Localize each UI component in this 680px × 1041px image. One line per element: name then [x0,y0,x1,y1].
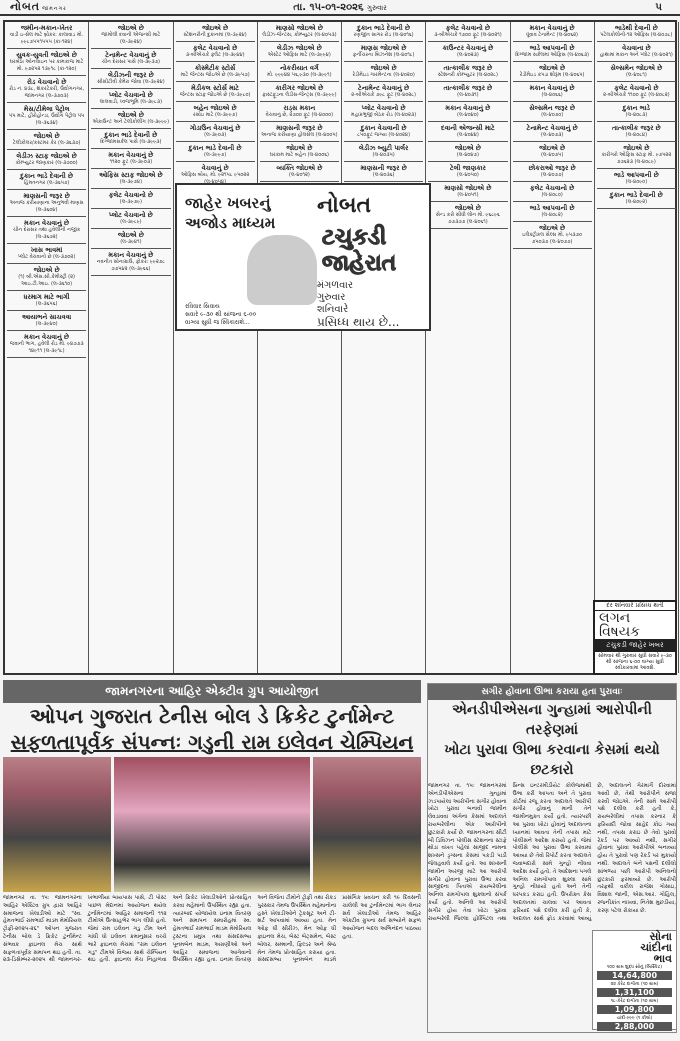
classified-ad: મેડીકલ સ્ટોર્સ માટેજેન્ટસ સ્ટાફ જોઇએ છે … [176,82,255,102]
classified-ad: ભાડેથી દેવાની છેપટેલકોલોની-૧૨ ઓફિસ (લ-૪૦… [597,22,676,42]
classified-column: માણસો જોઇએ છેલેડીઝ-જેન્ટસ, કોમ્પ્યુટર (લ… [258,22,342,673]
ad-heading: ફલેટ વેચવાનો છે [429,24,506,32]
ad-text: (લ-૪૦૪૭) [429,152,506,159]
ad-text: હાથામાં મકાન અને પ્લોટ (લ-૪૦૨૧) [598,52,675,59]
ad-text: (લ-૪૦૩૬) [345,172,422,179]
story-headline: એનડીપીએસના ગુન્હામાં આરોપીની તરફેણમાં [428,700,676,740]
ad-heading: દવાની એજન્સી માટે [429,124,506,132]
ad-text: રોડ નં. ૪૩૮, શંકરટેકરી, ઉદ્યોગનગર, જામનગ… [8,86,85,100]
ad-text: ૮૫૦ફૂટ જગ્યા (લ-૪૦૨૪) [345,132,422,139]
gold-silver-rates: સોનાચાંદીનાભાવ ૧૦૦ ગ્રામ શુદ્ધ સોનું (બિ… [592,930,677,1030]
classified-column: ફલેટ વેચવાનો છે૩-બીએચકે ૧૭૦૦ ફૂટ (લ-૪૦૨૧… [426,22,510,673]
ad-text: (લ-૪૦૫૦) [429,172,506,179]
ad-text: ટેલીકોલર/કસ્ટમર કેર (લ-૩૬૩૭) [8,140,85,147]
ad-text: ૨-બીએચકે ૭૯૮ ફૂટ (લ-૪૦૨૮) [345,92,422,99]
ad-heading: ટેનામેન્ટ વેચવાનું છે [345,84,422,92]
masthead: નોબતજામનગર તા. ૧૫-૦૧-૨૦૨૬ ગુરુવાર ૫ [0,0,680,16]
ad-heading: લેડીઝ બ્યુટી પાર્લર [345,144,422,152]
ad-text: (લ-૪૦૭૦) [514,112,591,119]
ad-text: (લ-૪૦૭૫) [514,152,591,159]
ad-heading: જોઇએ છે [429,204,506,212]
ad-text: (લ-૩૯૭૪) [92,179,169,186]
ad-text: (લ-૩૬૫૬) [8,301,85,308]
ad-text: (લ-૪૦૮૩) [598,112,675,119]
ad-heading: લેડીઝ જોઇએ છે [261,44,338,52]
classified-ad: માણસો જોઇએ છે(લ-૪૦૫૧) [428,182,507,202]
ad-text: ધૂંવાવ ટેનામેન્ટ (લ-૪૦૬૨) [514,32,591,39]
ad-text: સ્ટેશનરી કોમ્પ્યુટર (લ-૪૦૨૮) [429,72,506,79]
page-number: ૫ [655,2,662,13]
classified-ad: તાત્કાલીક જરૂર છે(લ-૪૦૩૧) [428,82,507,102]
classified-ad: દુકાન ભાડે દેવાની છેરણજીત સાગર રોડ (લ-૪૦… [344,22,423,42]
ad-heading: ફલેટ વેચવાનો છે [598,84,675,92]
classified-column: જોઇએ છેજામોલી દવાની એજન્સી માટે (લ-૩૯૨૪)… [89,22,173,673]
ad-heading: મકાન વેચવાનું છે [514,24,591,32]
ad-text: જેન્ટસ સ્ટાફ જોઇએ છે (લ-૩૯૮૦) [177,92,254,99]
ad-text: (લ-૪૦૨૩) [429,52,506,59]
ad-text: માટે જેન્ટસ જોઇએ છે (લ-૩૯૫૭) [177,72,254,79]
ad-text: (લ-૩૯૪૧) [92,239,169,246]
classified-ad: જોઇએ છે(લ-૩૯૪૧) [91,229,170,249]
ad-heading: મકાન વેચવાનું છે [92,251,169,259]
story-kicker: સગીર હોવાના ઊભા કરાયા હતા પુરાવાઃ [428,684,676,700]
rate-row: ચાંદી-૯૯૯ (૧ કીલો)2,88,000 [593,1015,676,1031]
ad-text: કોમ્પ્યુટર જાણકાર (લ-૩૭૦૦) [8,160,85,167]
classified-ad: માણસો જોઇએ છેલેડીઝ-જેન્ટસ, કોમ્પ્યુટર (લ… [260,22,339,42]
ad-text: (લ-૪૦૫૧) [429,192,506,199]
ad-heading: જોઇએ છે [514,64,591,72]
issue-date: તા. ૧૫-૦૧-૨૦૨૬ ગુરુવાર [293,2,387,13]
classified-column: ભાડેથી દેવાની છેપટેલકોલોની-૧૨ ઓફિસ (લ-૪૦… [595,22,679,673]
classified-ad: જોઇએ છેએકાઉન્ટ અને ટેલીકોલીંગ (લ-૩૯૯૯) [91,109,170,129]
ad-heading: રોડ વેચવાનો છે [8,78,85,86]
ad-text: વાડી ઇ-સેલ માટે બ્રોકર: કાલાવાડ મો. ૯૯૮૭… [8,32,85,46]
matrimonial-ad-box: દર શનિવારે પ્રસિધ્ધ થતી લગનવિષયક ટચુકડી … [593,600,677,675]
ad-heading: ફલેટ વેચવાનો છે [177,44,254,52]
classified-ad: ટેલી જાણકાર(લ-૪૦૫૦) [428,162,507,182]
ad-heading: જોઇએ છે [177,24,254,32]
classified-ad: રાડ્સ મકાનવેચવાનું છે, ૨૭૦૦ ફૂટ (લ-૪૦૦૦) [260,102,339,122]
ad-text: (લ-૪૦૯૦) [598,179,675,186]
classified-ad: ફલેટ વેચવાનો છે(લ-૪૦૮૦) [513,182,592,202]
ad-heading: જોઇએ છે [514,224,591,232]
classified-column: જોઇએ છેસ્ટેશનરીની દુકાનમાં (લ-૩૯૨૪)ફલેટ … [174,22,258,673]
classified-ad: દુકાન ભાડે દેવાની છેદિગ્જામસર્કલ પાસે (લ… [91,129,170,149]
ad-heading: માણસો જોઇએ છે [429,184,506,192]
ad-text: ૧૧૨૦ ફૂટ (લ-૩૯૦૩) [92,159,169,166]
classified-ad: દુકાન ભાડે(લ-૪૦૮૩) [597,102,676,122]
ad-text: ફર્નીચરના બિઝનેશ (લ-૪૦૧૮) [345,52,422,59]
story-subheadline: સફળતાપૂર્વક સંપન્નઃ ગડુની રામ ઇલેવન ચેમ્… [3,729,421,755]
ad-text: (લ-૩૯૭૯) [92,199,169,206]
ad-text: અનાજ કરીયાણાના અનુભવી માણસ (લ-૩૬૦૪) [8,200,85,214]
ad-text: ૩-બીએચકે ફલેટ (લ-૩૯૪૪) [177,52,254,59]
ad-heading: દુકાન ભાડે દેવાની છે [92,131,169,139]
ad-text: (લ-૪૦૯૨) [598,199,675,206]
classified-ad: દુકાન ભાડે દેવાની છેહિંમતનગર (લ-૩૬૫૭) [7,170,86,190]
ad-text: એસ્ટેટ ઓફિસ માટે (લ-૩૯૯૪) [261,52,338,59]
classified-ad: તાત્કાલીક જરૂર છે(લ-૪૦૮૪) [597,122,676,142]
ad-text: એકાઉન્ટ અને ટેલીકોલીંગ (લ-૩૯૯૯) [92,119,169,126]
classified-ad: મેસ/ટીમેલા પેટ્રોલપંપ માટે, હીરોહોન્ડા, … [7,103,86,130]
classified-ad: નોકરીયાત વર્ગમો. ૯૯૯૪૪ ૫૬,૯૩૦ (લ-૩૯૯૧) [260,62,339,82]
classified-ad: લેડીઝ બ્યુટી પાર્લર(લ-૪૦૩૫) [344,142,423,162]
thumbs-up-image [247,235,317,305]
team-photo [313,757,421,892]
ad-heading: ઓફિસ સ્ટાફ જોઇએ છે [92,171,169,179]
classified-ad: ફલેટ વેચવાનો છે(લ-૩૯૭૯) [91,189,170,209]
ad-heading: કારીગર જોઇએ છે [261,84,338,92]
classified-ad: મકાન વેચવાનું છે૧૧૨૦ ફૂટ (લ-૩૯૦૩) [91,149,170,169]
ad-heading: દુકાન ભાડે દેવાની છે [8,172,85,180]
ad-heading: ટેનામેન્ટ વેચવાનું છે [514,124,591,132]
ad-heading: દુકાન વેચવાની છે [345,124,422,132]
rate-row: ૨૨ કેરેટ દાગીના (૧૦ ગ્રામ)1,31,100 [593,981,676,997]
ad-heading: જમીન-મકાન-ખેતર [8,24,85,32]
ad-heading: મેડીકલ સ્ટોર્સ માટે [177,84,254,92]
ad-text: (લ-૩૯૯૭) [177,152,254,159]
ad-text: રેડીમેઇડ ગારમેન્ટના (લ-૪૦૨૦) [345,72,422,79]
ad-text: જવાની ભાગ, હવેલી રોડ મો. ૯૪૭૭૩ ૧૪૯૧૧ (લ-… [8,341,85,355]
newspaper-logo: નોબતજામનગર [10,0,67,14]
ad-heading: ગોડાઉન વેચવાનું છે [177,124,254,132]
ad-text: (લ-૪૦૧૨) [261,172,338,179]
ad-text: (લ-૩૯૮૯) [92,219,169,226]
classified-ad: કારીગર જોઇએ છેફાસ્ટફૂડના લેડીસ-જેન્ટ્સ (… [260,82,339,102]
ad-heading: ભાડે આપવાની છે [514,44,591,52]
classified-ad: વેચવાના છેહાથામાં મકાન અને પ્લોટ (લ-૪૦૨૧… [597,42,676,62]
ad-heading: રાડ્સ મકાન [261,104,338,112]
ad-heading: દુકાન ભાડે દેવાની છે [598,191,675,199]
ad-heading: આયાભને સાચવવા [8,313,85,321]
classified-ad: દુકાન ભાડે દેવાની છે(લ-૪૦૯૨) [597,189,676,209]
ad-heading: તાત્કાલીક જરૂર છે [429,84,506,92]
classified-ad: જોઇએ છેઇલેક્ટ્રીકલ સેલ્સ મો. ૯૫૩૭૦ ૭૫૦૩૭… [513,222,592,249]
ad-heading: માણસની જરૂર છે [345,164,422,172]
ad-heading: વ્યક્તિ જોઇએ છે [261,164,338,172]
ad-text: (લ-૪૦૮૦) [514,192,591,199]
ad-heading: જોઇએ છે [345,64,422,72]
ad-text: સીસીટીવી કેમેરા જોવા (લ-૩૯૨૪) [92,79,169,86]
classified-ad: ફલેટ વેચવાનો છે૩-બીએચકે ફલેટ (લ-૩૯૪૪) [176,42,255,62]
classified-ad: માણસ જોઇએ છેફર્નીચરના બિઝનેશ (લ-૪૦૧૮) [344,42,423,62]
ad-text: મો. ૯૯૯૪૪ ૫૬,૯૩૦ (લ-૩૯૯૧) [261,72,338,79]
ad-text: લેડીઝ-જેન્ટસ, કોમ્પ્યુટર (લ-૪૦૫૩) [261,32,338,39]
ad-heading: માણસો જોઇએ છે [261,24,338,32]
classified-ad: દુકાન ભાડે દેવાની છે(લ-૩૯૯૭) [176,142,255,162]
ad-heading: તાત્કાલીક જરૂર છે [429,64,506,72]
ad-heading: જોઇએ છે [8,132,85,140]
ad-heading: મકાન વેચવાનું છે [429,104,506,112]
classified-ad: ખાસ ભાવમાંપ્લોટ વેચવાનો છે (લ-૩૭૦૨) [7,244,86,264]
classified-ad: પ્લોટ વેચવાનો છે(લ-૩૯૮૯) [91,209,170,229]
tachukdi-promo-box: જાહેર ખબરનુંઅજોડ માધ્યમ નોબત ટચુકડીજાહેર… [175,183,431,331]
promo-brand: નોબત [317,193,371,218]
promo-tag: ટચુકડીજાહેરાત [322,225,396,277]
ad-heading: વેચવાના છે [598,44,675,52]
classified-ad: લેડીઝની જરૂર છેસીસીટીવી કેમેરા જોવા (લ-૩… [91,69,170,89]
classified-ad: મકાન વેચવાનું છે(લ-૪૦૪૦) [428,102,507,122]
ad-text: (૧) બી.એસ.સી.કેમીસ્ટ્રી (૨) આઇ.ટી.આઇ. (લ… [8,274,85,288]
ad-text: ચીન દેરાસર તથા હવેલીની નજીક (લ-૩૬૭૨) [8,227,85,241]
ad-heading: જોઇએ છે [514,144,591,152]
rate-row: ૧૮-કેરેટ દાગીના (૧૦ ગ્રામ)1,09,800 [593,998,676,1014]
ad-heading: જોઇએ છે [429,144,506,152]
story-subheadline: ખોટા પુરાવા ઊભા કરવાના કેસમાં થયો છટકારો [428,740,676,780]
classified-ad: સેલ્સમેન જોઇએ છે(લ-૪૦૮૧) [597,62,676,82]
ad-heading: ભાડેથી દેવાની છે [598,24,675,32]
ad-text: (લ-૪૦૪૪) [429,132,506,139]
classified-ad: છોકરાઓ જરૂર છે(લ-૪૦૭૭) [513,162,592,182]
classified-ad: જોઇએ છેકારીગરો ઓફિસ સ્ટાફ મો. ૯૭૫૨૨ ૭૭૬૨… [597,142,676,169]
ad-text: (લ-૩૯૪૦) [8,321,85,328]
ad-text: સેન્ડ કરો સીધી લોન મો. ૯૬૮૯૬ ૭૭૩૭૭ (લ-૪૦… [429,212,506,226]
classified-ad: જોઇએ છેરેડીમેઇડ કપડા શોરૂમ (લ-૪૦૬૫) [513,62,592,82]
classified-ad: જમીન-મકાન-ખેતરવાડી ઇ-સેલ માટે બ્રોકર: કા… [7,22,86,49]
ad-text: ફાસ્ટફૂડના લેડીસ-જેન્ટ્સ (લ-૩૯૯૯) [261,92,338,99]
classified-ad: મકાન વેચવાનું છેજવાની ભાગ, હવેલી રોડ મો.… [7,331,86,358]
classified-ad: જોઇએ છે(૧) બી.એસ.સી.કેમીસ્ટ્રી (૨) આઇ.ટી… [7,264,86,291]
ad-heading: માણસ જોઇએ છે [345,44,422,52]
ad-heading: ફલેટ વેચવાનો છે [92,191,169,199]
ad-heading: દુકાન ભાડે દેવાની છે [177,144,254,152]
ad-text: લાલવાડી, ધ્વજભૂમિ (લ-૩૯૮૩) [92,99,169,106]
classified-ad: યુવક-યુવતી જોઇએ છેઘરબેઠા ઓનલાઇન પર કામકા… [7,49,86,76]
ad-text: પ્લોટ વેચવાનો છે (લ-૩૭૦૨) [8,254,85,261]
classified-ad: દવાની એજન્સી માટે(લ-૪૦૪૪) [428,122,507,142]
classified-ad: ભાડે આપવાની છે(લ-૪૦૯૦) [597,169,676,189]
classified-ad: જોઇએ છેરેડીમેઇડ ગારમેન્ટના (લ-૪૦૨૦) [344,62,423,82]
photo-strip [3,757,421,892]
ad-text: ચીન દેરાસર પાસે (લ-૩૯૩૭) [92,59,169,66]
classified-ad: જોઇએ છેસેન્ડ કરો સીધી લોન મો. ૯૬૮૯૬ ૭૭૩૭… [428,202,507,229]
ad-text: પંપ માટે, હીરોહોન્ડા, ઉદ્યોગ પેટ્રોલ પંપ… [8,113,85,127]
lagna-banner: ટચુકડી જાહેર ખબર [595,639,675,652]
ad-heading: મકાન વેચવાનું છે [92,151,169,159]
classified-ad: બહેન જોઇએ છેરસોઇ માટે (લ-૩૯૯૭) [176,102,255,122]
classified-ad: લેડીઝ જોઇએ છેએસ્ટેટ ઓફિસ માટે (લ-૩૯૯૪) [260,42,339,62]
promo-days: મંગળવારગુરુવારશનિવારેપ્રસિધ્ધ થાય છે... [317,280,400,328]
ad-heading: મકાન વેચવાનું છે [8,219,85,227]
ad-heading: ફલેટ વેચવાનો છે [514,184,591,192]
ad-heading: મેસ/ટીમેલા પેટ્રોલ [8,105,85,113]
classified-ad: પ્લોટ વેચવાનો છેમહાપ્રભુજી બેઠક રોડ (લ-૪… [344,102,423,122]
classified-ad: જોઇએ છેઘરકામ માટે બહેન (લ-૪૦૦૬) [260,142,339,162]
classified-ad: જોઇએ છે(લ-૪૦૪૭) [428,142,507,162]
ad-text: વેચવાનું છે, ૨૭૦૦ ફૂટ (લ-૪૦૦૦) [261,112,338,119]
ad-heading: સેલ્સમેન જરૂર છે [514,104,591,112]
ad-heading: ભાડે આપવાની છે [598,171,675,179]
ad-text: (લ-૪૦૩૧) [429,92,506,99]
classified-ad: મકાન વેચવાનું છેધૂંવાવ ટેનામેન્ટ (લ-૪૦૬૨… [513,22,592,42]
ad-text: (લ-૪૦૭૩) [514,132,591,139]
classified-ad: મકાન વેચવાનું છે(લ-૪૦૬૬) [513,82,592,102]
ad-heading: દુકાન ભાડે [598,104,675,112]
ad-text: નવનીત સોનાગ્રાઉ, ફોકર: ૯૯૨૭૮ ૭૭૫૪૨ (લ-૩૯… [92,259,169,273]
classified-column: મકાન વેચવાનું છેધૂંવાવ ટેનામેન્ટ (લ-૪૦૬૨… [511,22,595,673]
classified-ad: ભાડે આપવાની છેદિગ્જામ સર્કલમાં ઓફિસ (લ-૪… [513,42,592,62]
ad-heading: લેડીઝ સ્ટાફ જોઇએ છે [8,152,85,160]
classified-ad: માણસની જરૂર છેઅનાજ કરીયાણાના અનુભવી માણસ… [7,190,86,217]
ad-text: અનાજ કરીયાણા હોલસેલ (લ-૪૦૦૫) [261,132,338,139]
classified-column: દુકાન ભાડે દેવાની છેરણજીત સાગર રોડ (લ-૪૦… [342,22,426,673]
promo-hours: રવિવાર સિવાયસવારે ૯-૩૦ થી સાંજના ૬-૦૦વાગ… [185,303,256,327]
classifieds-section: જમીન-મકાન-ખેતરવાડી ઇ-સેલ માટે બ્રોકર: કા… [3,20,677,675]
classified-ad: લેડીઝ સ્ટાફ જોઇએ છેકોમ્પ્યુટર જાણકાર (લ-… [7,150,86,170]
ad-text: દિગ્જામ સર્કલમાં ઓફિસ (લ-૪૦૬૩) [514,52,591,59]
ad-heading: લેડીઝની જરૂર છે [92,71,169,79]
classified-ad: તાત્કાલીક જરૂર છેસ્ટેશનરી કોમ્પ્યુટર (લ-… [428,62,507,82]
ad-heading: તાત્કાલીક જરૂર છે [598,124,675,132]
ad-text: ૨-બીએચકે ૧૧૦૦ ફૂટ (લ-૪૦૮૨) [598,92,675,99]
story-body: જામનગર તા. ૧૫: જામનગરના આહિર એક્ટિવ ગ્રુ… [3,895,421,965]
classified-ad: જોઇએ છેજામોલી દવાની એજન્સી માટે (લ-૩૯૨૪) [91,22,170,49]
lagna-hours: સોમવાર થી ગુરુવાર સુધી સવારે ૯-૩૦ થી સાં… [595,652,675,672]
ad-heading: પ્લોટ વેચવાનો છે [92,91,169,99]
classified-ad: જોઇએ છેસ્ટેશનરીની દુકાનમાં (લ-૩૯૨૪) [176,22,255,42]
ad-text: (લ-૪૦૬૬) [514,92,591,99]
ad-text: રેડીમેઇડ કપડા શોરૂમ (લ-૪૦૬૫) [514,72,591,79]
ad-text: રણજીત સાગર રોડ (લ-૪૦૧૬) [345,32,422,39]
ad-text: સ્ટેશનરીની દુકાનમાં (લ-૩૯૨૪) [177,32,254,39]
ad-heading: જોઇએ છે [92,111,169,119]
ad-heading: જોઇએ છે [261,144,338,152]
classified-ad: મકાન વેચવાનું છેનવનીત સોનાગ્રાઉ, ફોકર: ૯… [91,249,170,276]
ad-heading: બહેન જોઇએ છે [177,104,254,112]
promo-slogan: જાહેર ખબરનુંઅજોડ માધ્યમ [185,193,275,233]
ad-heading: વેચવાનું છે [177,164,254,172]
ad-text: ઘરકામ માટે બહેન (લ-૪૦૦૬) [261,152,338,159]
ad-heading: પ્લોટ વેચવાનો છે [92,211,169,219]
classified-ad: દુકાન વેચવાની છે૮૫૦ફૂટ જગ્યા (લ-૪૦૨૪) [344,122,423,142]
classified-ad: ટેનામેન્ટ વેચવાનું છેચીન દેરાસર પાસે (લ-… [91,49,170,69]
ad-heading: પ્લોટ વેચવાનો છે [345,104,422,112]
ad-text: પટેલકોલોની-૧૨ ઓફિસ (લ-૪૦૭૮) [598,32,675,39]
ad-heading: કાઉન્ટર વેચવાનું છે [429,44,506,52]
ad-text: હિંમતનગર (લ-૩૬૫૭) [8,180,85,187]
ad-heading: દુકાન ભાડે દેવાની છે [345,24,422,32]
ad-heading: મકાન વેચવાનું છે [514,84,591,92]
ad-text: (લ-૪૦૩૫) [345,152,422,159]
classified-ad: ફલેટ વેચવાનો છે૨-બીએચકે ૧૧૦૦ ફૂટ (લ-૪૦૮૨… [597,82,676,102]
classified-ad: સેલ્સમેન જરૂર છે(લ-૪૦૭૦) [513,102,592,122]
ad-heading: ભાડે આપવાની છે [514,204,591,212]
ad-heading: યુવક-યુવતી જોઇએ છે [8,51,85,59]
rates-title: સોનાચાંદીનાભાવ [593,931,676,964]
ad-heading: જોઇએ છે [598,144,675,152]
ad-heading: છોકરાઓ જરૂર છે [514,164,591,172]
classified-ad: ટેનામેન્ટ વેચવાનું છે૨-બીએચકે ૭૯૮ ફૂટ (લ… [344,82,423,102]
ad-heading: જોઇએ છે [92,231,169,239]
classified-ad: મકાન વેચવાનું છેચીન દેરાસર તથા હવેલીની ન… [7,217,86,244]
cricket-story: જામનગરના આહિર એક્ટીવ ગ્રુપ આયોજીત ઓપન ગુ… [3,680,421,1030]
classified-ad: વ્યક્તિ જોઇએ છે(લ-૪૦૧૨) [260,162,339,182]
classified-ad: ધરમાગ માટે ભાગી(લ-૩૬૫૬) [7,291,86,311]
ad-heading: ધરમાગ માટે ભાગી [8,293,85,301]
ad-text: ઇલેક્ટ્રીકલ સેલ્સ મો. ૯૫૩૭૦ ૭૫૦૩૭ (લ-૪૦૭… [514,232,591,246]
ad-text: ૩-બીએચકે ૧૭૦૦ ફૂટ (લ-૪૦૨૧) [429,32,506,39]
classified-ad: માણસની જરૂર છે(લ-૪૦૩૬) [344,162,423,182]
ad-text: રસોઇ માટે (લ-૩૯૯૭) [177,112,254,119]
classified-column: જમીન-મકાન-ખેતરવાડી ઇ-સેલ માટે બ્રોકર: કા… [5,22,89,673]
classified-ad: પ્લોટ વેચવાનો છેલાલવાડી, ધ્વજભૂમિ (લ-૩૯૮… [91,89,170,109]
classified-ad: આયાભને સાચવવા(લ-૩૯૪૦) [7,311,86,331]
team-photo [114,757,309,892]
ad-text: દિગ્જામસર્કલ પાસે (લ-૩૯૯૩) [92,139,169,146]
ad-heading: જોઇએ છે [8,266,85,274]
ad-text: કારીગરો ઓફિસ સ્ટાફ મો. ૯૭૫૨૨ ૭૭૬૨૩ (લ-૪૦… [598,152,675,166]
ad-text: (લ-૪૦૮૪) [598,132,675,139]
ad-heading: નોકરીયાત વર્ગ [261,64,338,72]
rate-row: ૧૦૦ ગ્રામ શુદ્ધ સોનું (બિસ્કિટ)14,64,800 [593,964,676,980]
ad-heading: ખાસ ભાવમાં [8,246,85,254]
ad-text: (લ-૪૦૮૧) [598,72,675,79]
ad-text: (લ-૩૯૦૩) [177,132,254,139]
ad-heading: ટેનામેન્ટ વેચવાનું છે [92,51,169,59]
story-kicker: જામનગરના આહિર એક્ટીવ ગ્રુપ આયોજીત [3,680,421,703]
ad-text: (લ-૪૦૮૨) [514,212,591,219]
classified-ad: જોઇએ છેટેલીકોલર/કસ્ટમર કેર (લ-૩૬૩૭) [7,130,86,150]
ad-text: (લ-૪૦૭૭) [514,172,591,179]
classified-ad: કોસ્મેટીક સ્ટોર્સમાટે જેન્ટસ જોઇએ છે (લ-… [176,62,255,82]
classified-ad: માણસની જરૂર છેઅનાજ કરીયાણા હોલસેલ (લ-૪૦૦… [260,122,339,142]
classified-ad: રોડ વેચવાનો છેરોડ નં. ૪૩૮, શંકરટેકરી, ઉદ… [7,76,86,103]
ad-heading: સેલ્સમેન જોઇએ છે [598,64,675,72]
ad-text: જામોલી દવાની એજન્સી માટે (લ-૩૯૨૪) [92,32,169,46]
ad-text: ઘરબેઠા ઓનલાઇન પર કામકાજ માટે મો. ૯૭૨૫૨ ૧… [8,59,85,73]
ad-heading: મકાન વેચવાનું છે [8,333,85,341]
classified-ad: કાઉન્ટર વેચવાનું છે(લ-૪૦૨૩) [428,42,507,62]
classified-ad: ફલેટ વેચવાનો છે૩-બીએચકે ૧૭૦૦ ફૂટ (લ-૪૦૨૧… [428,22,507,42]
ad-heading: માણસની જરૂર છે [8,192,85,200]
classified-ad: ગોડાઉન વેચવાનું છે(લ-૩૯૦૩) [176,122,255,142]
ad-heading: માણસની જરૂર છે [261,124,338,132]
ad-heading: ટેલી જાણકાર [429,164,506,172]
classified-ad: ભાડે આપવાની છે(લ-૪૦૮૨) [513,202,592,222]
ad-text: (લ-૪૦૪૦) [429,112,506,119]
story-headline: ઓપન ગુજરાત ટેનીસ બોલ ડે ક્રિકેટ ટુર્નામે… [3,703,421,729]
ad-heading: કોસ્મેટીક સ્ટોર્સ [177,64,254,72]
ad-text: મહાપ્રભુજી બેઠક રોડ (લ-૪૦૨૩) [345,112,422,119]
classified-ad: ઓફિસ સ્ટાફ જોઇએ છે(લ-૩૯૭૪) [91,169,170,189]
ad-heading: જોઇએ છે [92,24,169,32]
classified-ad: જોઇએ છે(લ-૪૦૭૫) [513,142,592,162]
lagna-title: લગનવિષયક [595,611,675,639]
team-photo [3,757,111,892]
classified-ad: ટેનામેન્ટ વેચવાનું છે(લ-૪૦૭૩) [513,122,592,142]
